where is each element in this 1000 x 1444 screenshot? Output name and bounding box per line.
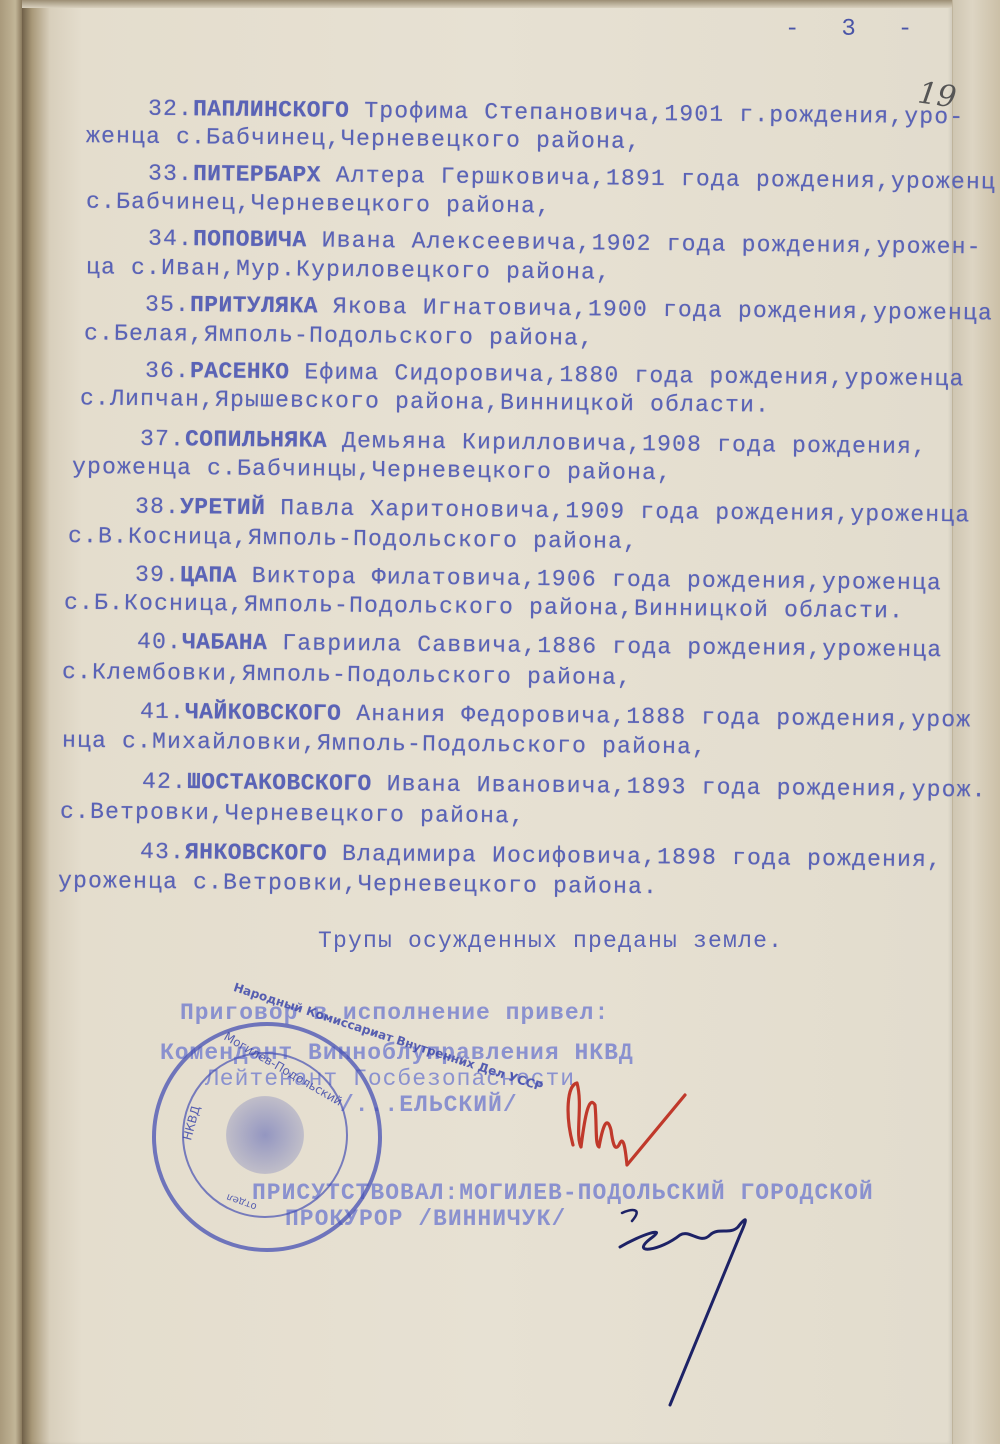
entry-surname: ЧАЙКОВСКОГО xyxy=(185,699,341,727)
entry-number: 42. xyxy=(142,769,187,795)
entry-surname: ШОСТАКОВСКОГО xyxy=(187,769,372,797)
entry-number: 43. xyxy=(140,839,185,865)
page-top-shadow xyxy=(22,0,952,8)
entry-surname: ПИТЕРБАРХ xyxy=(193,161,321,188)
execution-line-1: Приговор в исполнение привел: xyxy=(180,1000,609,1026)
entry-number: 35. xyxy=(145,292,190,318)
entry-number: 38. xyxy=(135,494,180,520)
closing-statement: Трупы осужденных преданы земле. xyxy=(318,928,783,954)
official-stamp: Народный Комиссариат Внутренних Дел УССР… xyxy=(152,1022,382,1252)
entry-number: 37. xyxy=(140,426,185,452)
page-number: -3- xyxy=(785,16,954,43)
entry-number: 40. xyxy=(137,629,182,655)
red-signature xyxy=(555,1075,695,1185)
entry-surname: ПРИТУЛЯКА xyxy=(190,292,318,319)
entry-number: 39. xyxy=(135,562,180,588)
entry-surname: ПОПОВИЧА xyxy=(193,226,307,253)
entry-number: 33. xyxy=(148,161,193,187)
entry-number: 36. xyxy=(145,358,190,384)
entry-surname: РАСЕНКО xyxy=(190,358,290,385)
entry-second-line: с.Белая,Ямполь-Подольского района, xyxy=(84,320,594,351)
entry-surname: УРЕТИЙ xyxy=(180,494,265,521)
entry-surname: СОПИЛЬНЯКА xyxy=(185,426,327,453)
entry-second-line: с.Ветровки,Черневецкого района, xyxy=(60,799,525,830)
entry-surname: ЯНКОВСКОГО xyxy=(185,839,327,866)
entry-surname: ЧАБАНА xyxy=(182,629,267,656)
stamp-inner-ring xyxy=(182,1052,348,1218)
coat-of-arms-emblem-icon xyxy=(226,1096,304,1174)
entry-second-line: ца с.Иван,Мур.Куриловецкого района, xyxy=(86,254,611,285)
entry-second-line: с.Бабчинец,Черневецкого района, xyxy=(86,189,551,220)
entry-number: 32. xyxy=(148,96,193,122)
entry-number: 34. xyxy=(148,226,193,252)
entry-surname: ПАПЛИНСКОГО xyxy=(193,96,349,124)
entry-surname: ЦАПА xyxy=(180,562,237,589)
blue-signature xyxy=(610,1205,790,1435)
binder-edge xyxy=(0,0,22,1444)
entry-number: 41. xyxy=(140,699,185,725)
